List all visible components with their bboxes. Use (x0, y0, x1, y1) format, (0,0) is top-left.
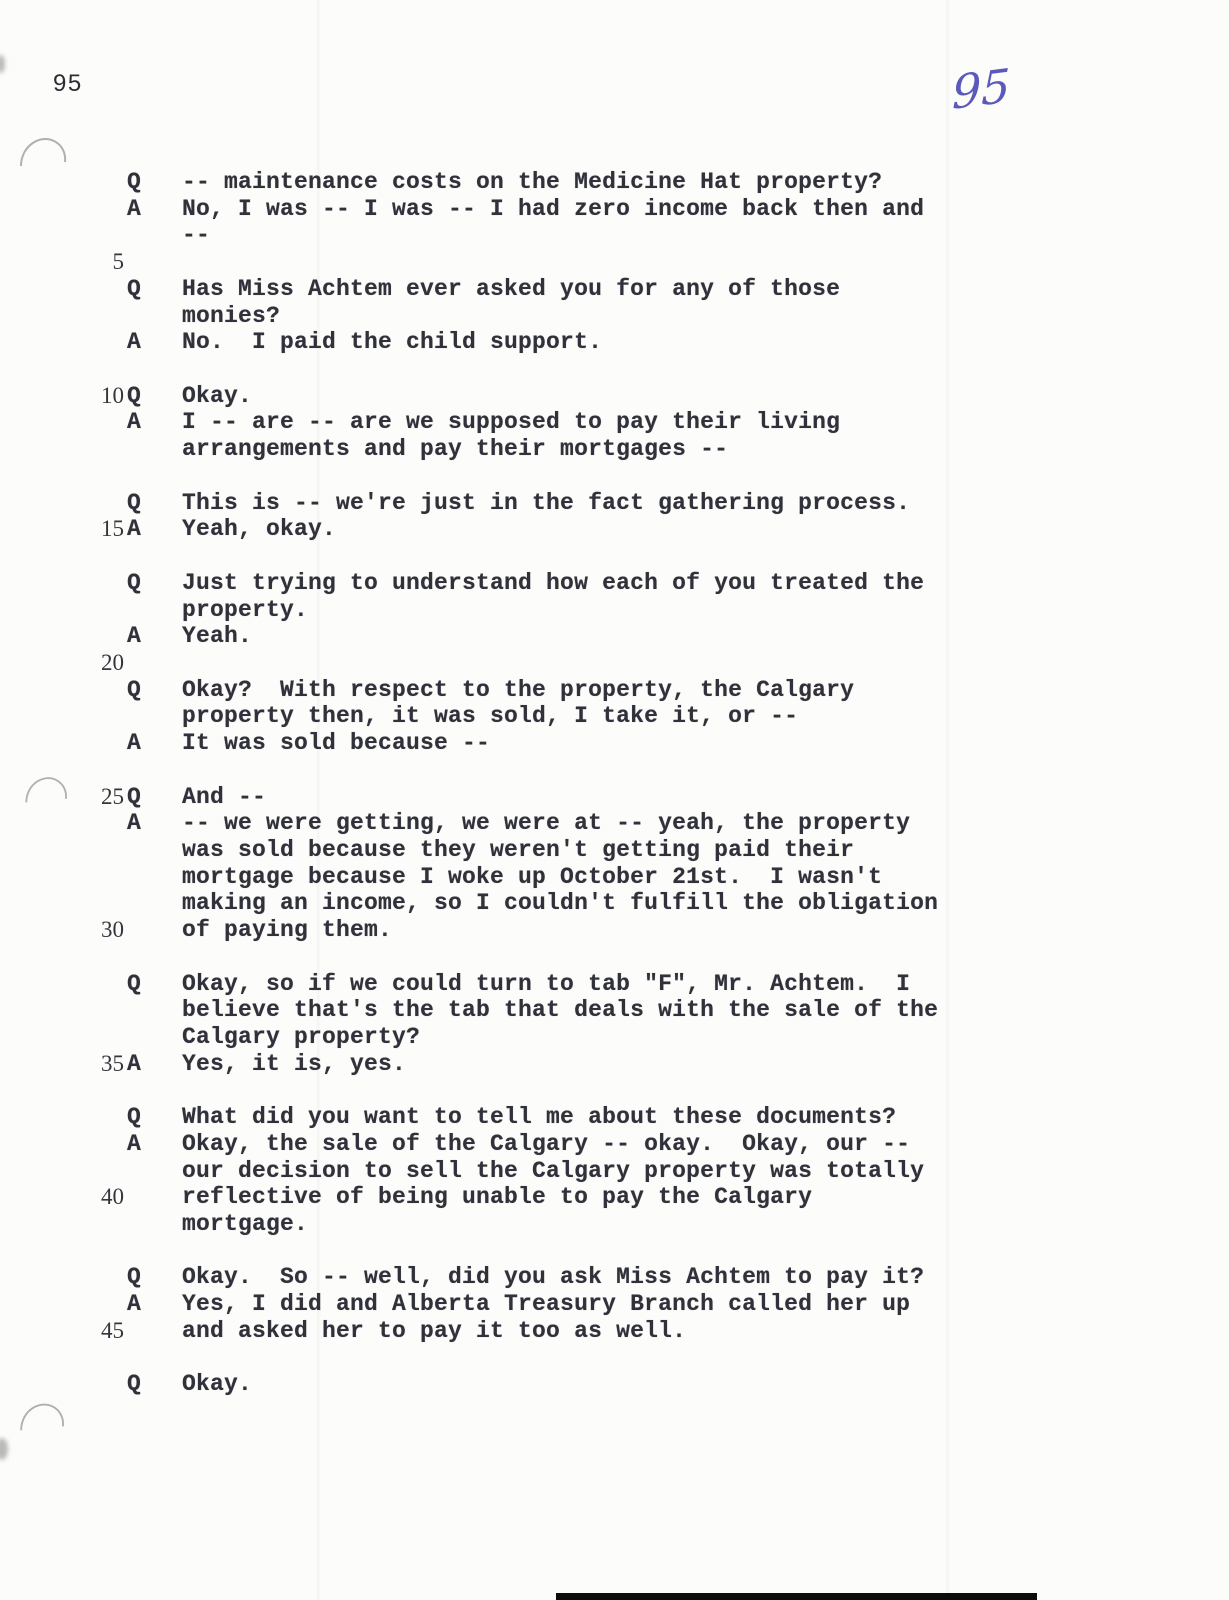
line-text: Has Miss Achtem ever asked you for any o… (182, 276, 1229, 303)
line-text: Okay. (182, 1371, 1229, 1398)
transcript-line: Q Okay. So -- well, did you ask Miss Ach… (0, 1264, 1229, 1291)
line-number: 30 (0, 917, 124, 944)
line-text: And -- (182, 784, 1229, 811)
transcript-line: Q Okay. (0, 1371, 1229, 1398)
transcript-line: 45 and asked her to pay it too as well. (0, 1318, 1229, 1345)
line-text: making an income, so I couldn't fulfill … (182, 890, 1229, 917)
line-text: mortgage because I woke up October 21st.… (182, 864, 1229, 891)
line-number (0, 1345, 124, 1372)
speaker-label (124, 1077, 182, 1104)
speaker-label: Q (124, 276, 182, 303)
speaker-label: A (124, 1291, 182, 1318)
line-number: 35 (0, 1051, 124, 1078)
line-number: 40 (0, 1184, 124, 1211)
speaker-label: A (124, 810, 182, 837)
line-number (0, 329, 124, 356)
speaker-label (124, 703, 182, 730)
speaker-label (124, 597, 182, 624)
line-text: No, I was -- I was -- I had zero income … (182, 196, 1229, 223)
line-text: mortgage. (182, 1211, 1229, 1238)
speaker-label (124, 997, 182, 1024)
transcript-line: Q Okay? With respect to the property, th… (0, 677, 1229, 704)
transcript-line: A No. I paid the child support. (0, 329, 1229, 356)
transcript-line: Q Has Miss Achtem ever asked you for any… (0, 276, 1229, 303)
transcript-line: A Yeah. (0, 623, 1229, 650)
line-text: property. (182, 597, 1229, 624)
speaker-label (124, 356, 182, 383)
transcript-line (0, 463, 1229, 490)
handwritten-page-number: 95 (952, 58, 1011, 120)
line-text: property then, it was sold, I take it, o… (182, 703, 1229, 730)
line-number (0, 971, 124, 998)
line-text (182, 650, 1229, 677)
speaker-label: Q (124, 570, 182, 597)
speaker-label: Q (124, 169, 182, 196)
transcript-line: 10 Q Okay. (0, 383, 1229, 410)
transcript-line: mortgage because I woke up October 21st.… (0, 864, 1229, 891)
line-number (0, 169, 124, 196)
line-number (0, 409, 124, 436)
line-number (0, 196, 124, 223)
transcript-line: believe that's the tab that deals with t… (0, 997, 1229, 1024)
transcript-line (0, 543, 1229, 570)
speaker-label: A (124, 1051, 182, 1078)
speaker-label (124, 436, 182, 463)
transcript-line: 20 (0, 650, 1229, 677)
line-number (0, 1104, 124, 1131)
speaker-label: A (124, 409, 182, 436)
line-number (0, 1077, 124, 1104)
line-number (0, 1264, 124, 1291)
line-text: This is -- we're just in the fact gather… (182, 490, 1229, 517)
line-number: 10 (0, 383, 124, 410)
line-text: It was sold because -- (182, 730, 1229, 757)
line-text (182, 249, 1229, 276)
line-number (0, 864, 124, 891)
line-number (0, 303, 124, 330)
speaker-label (124, 249, 182, 276)
line-number: 45 (0, 1318, 124, 1345)
line-number (0, 810, 124, 837)
transcript-line: A No, I was -- I was -- I had zero incom… (0, 196, 1229, 223)
line-text (182, 1345, 1229, 1372)
transcript-line: 25 Q And -- (0, 784, 1229, 811)
line-number (0, 757, 124, 784)
line-text: monies? (182, 303, 1229, 330)
transcript-line: monies? (0, 303, 1229, 330)
line-number (0, 570, 124, 597)
line-number (0, 730, 124, 757)
speaker-label: A (124, 516, 182, 543)
line-number (0, 436, 124, 463)
speaker-label (124, 944, 182, 971)
speaker-label: Q (124, 1264, 182, 1291)
transcript-line: 35 A Yes, it is, yes. (0, 1051, 1229, 1078)
speaker-label (124, 543, 182, 570)
line-number: 20 (0, 650, 124, 677)
line-text (182, 356, 1229, 383)
transcript-line: 30 of paying them. (0, 917, 1229, 944)
line-text (182, 543, 1229, 570)
speaker-label (124, 463, 182, 490)
transcript-line (0, 356, 1229, 383)
transcript-line: property then, it was sold, I take it, o… (0, 703, 1229, 730)
transcript-line: mortgage. (0, 1211, 1229, 1238)
line-text: Okay, so if we could turn to tab "F", Mr… (182, 971, 1229, 998)
transcript-line: A -- we were getting, we were at -- yeah… (0, 810, 1229, 837)
line-text: reflective of being unable to pay the Ca… (182, 1184, 1229, 1211)
line-text (182, 1238, 1229, 1265)
line-text: and asked her to pay it too as well. (182, 1318, 1229, 1345)
speaker-label (124, 837, 182, 864)
line-text: No. I paid the child support. (182, 329, 1229, 356)
transcript-line: was sold because they weren't getting pa… (0, 837, 1229, 864)
line-text: our decision to sell the Calgary propert… (182, 1158, 1229, 1185)
speaker-label: Q (124, 383, 182, 410)
speaker-label (124, 1211, 182, 1238)
transcript-line: Q What did you want to tell me about the… (0, 1104, 1229, 1131)
line-number: 25 (0, 784, 124, 811)
speaker-label (124, 1184, 182, 1211)
transcript-line: arrangements and pay their mortgages -- (0, 436, 1229, 463)
line-number (0, 677, 124, 704)
speaker-label (124, 1238, 182, 1265)
transcript-line: making an income, so I couldn't fulfill … (0, 890, 1229, 917)
line-text: Okay. So -- well, did you ask Miss Achte… (182, 1264, 1229, 1291)
line-text: Okay? With respect to the property, the … (182, 677, 1229, 704)
line-number (0, 463, 124, 490)
scan-edge-smudge (0, 55, 5, 73)
line-text: What did you want to tell me about these… (182, 1104, 1229, 1131)
line-number (0, 490, 124, 517)
line-text (182, 757, 1229, 784)
line-text: Yes, it is, yes. (182, 1051, 1229, 1078)
speaker-label: A (124, 329, 182, 356)
transcript-line (0, 944, 1229, 971)
transcript-line: A I -- are -- are we supposed to pay the… (0, 409, 1229, 436)
transcript-line (0, 1077, 1229, 1104)
transcript-line: Q -- maintenance costs on the Medicine H… (0, 169, 1229, 196)
line-number (0, 890, 124, 917)
line-text: arrangements and pay their mortgages -- (182, 436, 1229, 463)
line-text: Yeah. (182, 623, 1229, 650)
line-text (182, 463, 1229, 490)
transcript-line: A Okay, the sale of the Calgary -- okay.… (0, 1131, 1229, 1158)
speaker-label: Q (124, 784, 182, 811)
transcript-line (0, 1345, 1229, 1372)
line-number (0, 837, 124, 864)
transcript-lines: Q -- maintenance costs on the Medicine H… (0, 169, 1229, 1398)
speaker-label: Q (124, 677, 182, 704)
line-number (0, 543, 124, 570)
speaker-label (124, 303, 182, 330)
line-number (0, 623, 124, 650)
scan-arc-artifact (18, 130, 70, 170)
speaker-label (124, 890, 182, 917)
transcript-line: Q Okay, so if we could turn to tab "F", … (0, 971, 1229, 998)
line-number (0, 1291, 124, 1318)
line-text: -- (182, 222, 1229, 249)
line-text: Okay, the sale of the Calgary -- okay. O… (182, 1131, 1229, 1158)
speaker-label (124, 757, 182, 784)
scan-edge-smudge (0, 1438, 8, 1460)
line-text: -- maintenance costs on the Medicine Hat… (182, 169, 1229, 196)
transcript-line: property. (0, 597, 1229, 624)
transcript-line (0, 757, 1229, 784)
line-number (0, 1211, 124, 1238)
transcript-line: Q Just trying to understand how each of … (0, 570, 1229, 597)
line-number (0, 1371, 124, 1398)
scan-bottom-bar-artifact (556, 1593, 1037, 1600)
line-number (0, 597, 124, 624)
line-number (0, 356, 124, 383)
scan-arc-artifact (18, 1396, 68, 1434)
speaker-label: A (124, 1131, 182, 1158)
line-text (182, 1077, 1229, 1104)
line-number (0, 1238, 124, 1265)
line-text: Just trying to understand how each of yo… (182, 570, 1229, 597)
line-number (0, 997, 124, 1024)
line-text: believe that's the tab that deals with t… (182, 997, 1229, 1024)
speaker-label (124, 1158, 182, 1185)
line-number (0, 276, 124, 303)
speaker-label (124, 1345, 182, 1372)
speaker-label: Q (124, 490, 182, 517)
transcript-line: Calgary property? (0, 1024, 1229, 1051)
printed-page-number: 95 (53, 70, 83, 98)
line-text (182, 944, 1229, 971)
speaker-label (124, 1318, 182, 1345)
speaker-label (124, 222, 182, 249)
line-text: Okay. (182, 383, 1229, 410)
transcript-line: A It was sold because -- (0, 730, 1229, 757)
line-text: Yes, I did and Alberta Treasury Branch c… (182, 1291, 1229, 1318)
line-text: was sold because they weren't getting pa… (182, 837, 1229, 864)
line-number (0, 1158, 124, 1185)
line-number (0, 222, 124, 249)
scanned-transcript-page: 95 95 Q -- maintenance costs on the Medi… (0, 0, 1229, 1600)
line-number (0, 944, 124, 971)
line-text: I -- are -- are we supposed to pay their… (182, 409, 1229, 436)
speaker-label: A (124, 623, 182, 650)
speaker-label (124, 1024, 182, 1051)
speaker-label (124, 650, 182, 677)
line-number (0, 703, 124, 730)
line-text: Yeah, okay. (182, 516, 1229, 543)
transcript-line: Q This is -- we're just in the fact gath… (0, 490, 1229, 517)
speaker-label: A (124, 730, 182, 757)
line-text: -- we were getting, we were at -- yeah, … (182, 810, 1229, 837)
transcript-line: our decision to sell the Calgary propert… (0, 1158, 1229, 1185)
transcript-line (0, 1238, 1229, 1265)
transcript-line: 15 A Yeah, okay. (0, 516, 1229, 543)
speaker-label: A (124, 196, 182, 223)
line-text: of paying them. (182, 917, 1229, 944)
speaker-label: Q (124, 971, 182, 998)
speaker-label (124, 864, 182, 891)
line-text: Calgary property? (182, 1024, 1229, 1051)
transcript-line: 5 (0, 249, 1229, 276)
speaker-label (124, 917, 182, 944)
line-number: 15 (0, 516, 124, 543)
line-number (0, 1024, 124, 1051)
transcript-line: A Yes, I did and Alberta Treasury Branch… (0, 1291, 1229, 1318)
speaker-label: Q (124, 1104, 182, 1131)
speaker-label: Q (124, 1371, 182, 1398)
line-number (0, 1131, 124, 1158)
line-number: 5 (0, 249, 124, 276)
transcript-line: -- (0, 222, 1229, 249)
transcript-line: 40 reflective of being unable to pay the… (0, 1184, 1229, 1211)
